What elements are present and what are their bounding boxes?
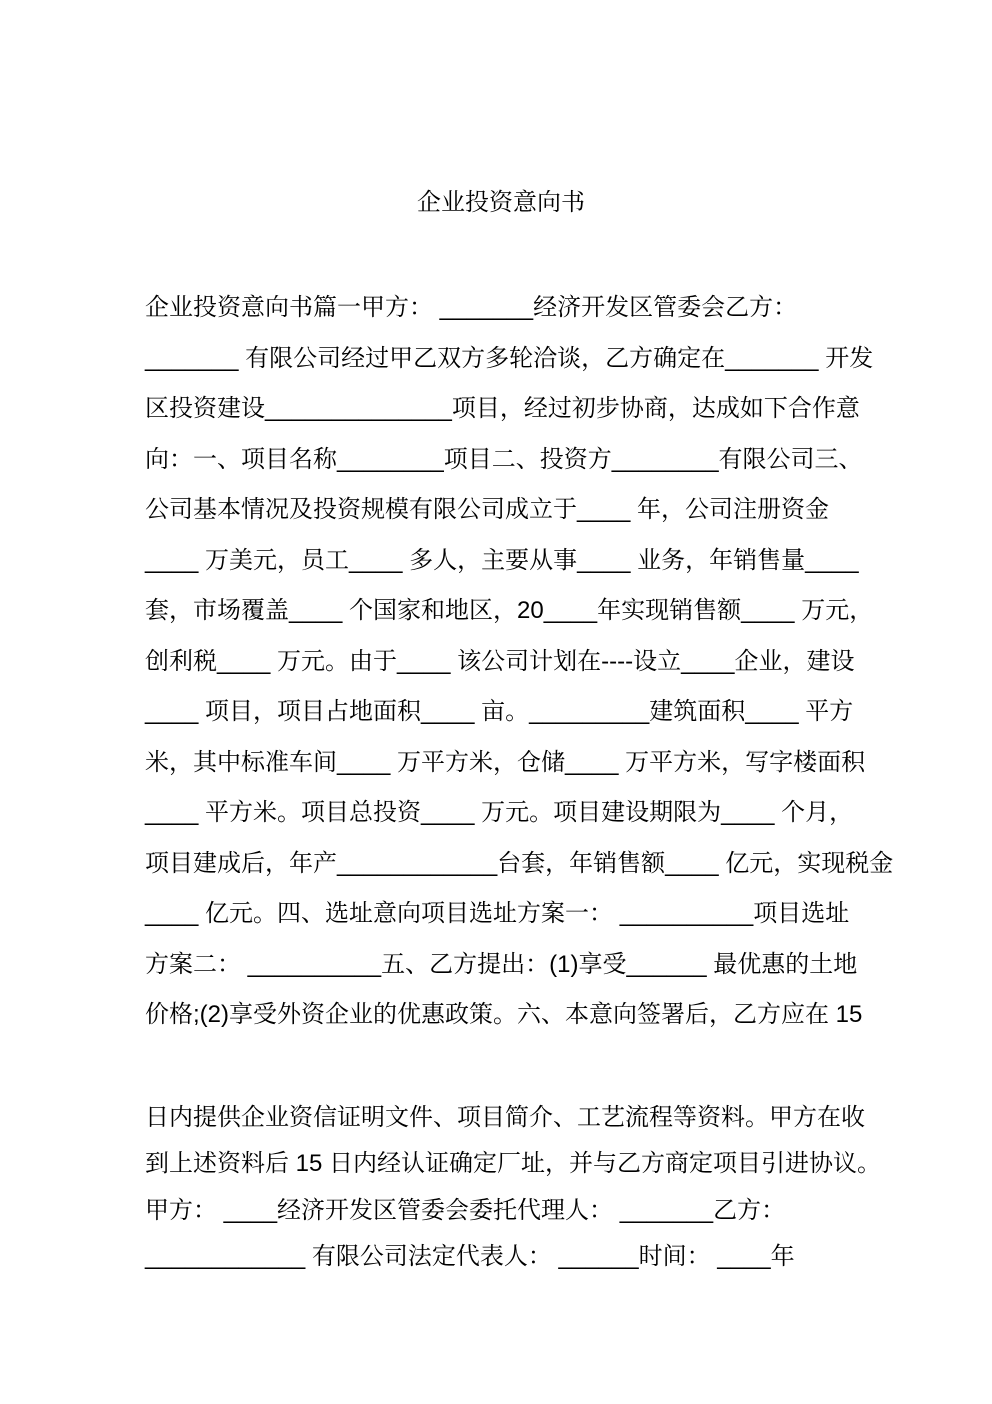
doc-line: 公司基本情况及投资规模有限公司成立于____ 年，公司注册资金 [145,485,935,536]
document-title: 企业投资意向书 [145,178,857,228]
doc-line: 日内提供企业资信证明文件、项目简介、工艺流程等资料。甲方在收 [145,1095,935,1141]
doc-line: 方案二： __________五、乙方提出：(1)享受______ 最优惠的土地 [145,940,935,991]
doc-line: 米，其中标准车间____ 万平方米，仓储____ 万平方米，写字楼面积 [145,738,935,789]
doc-line: 套，市场覆盖____ 个国家和地区，20____年实现销售额____ 万元， [145,586,935,637]
doc-line: 甲方： ____经济开发区管委会委托代理人： _______乙方： [145,1188,935,1234]
paragraph-1: 企业投资意向书篇一甲方： _______经济开发区管委会乙方： _______ … [145,283,935,1041]
doc-line: ____ 万美元，员工____ 多人，主要从事____ 业务，年销售量____ [145,536,935,587]
doc-line: 区投资建设______________项目，经过初步协商，达成如下合作意 [145,384,935,435]
doc-line: ____ 亿元。四、选址意向项目选址方案一： __________项目选址 [145,889,935,940]
doc-line: 企业投资意向书篇一甲方： _______经济开发区管委会乙方： [145,283,935,334]
doc-line: 到上述资料后 15 日内经认证确定厂址，并与乙方商定项目引进协议。 [145,1141,935,1187]
doc-line: ____ 平方米。项目总投资____ 万元。项目建设期限为____ 个月， [145,788,935,839]
doc-line: ____________ 有限公司法定代表人： ______时间： ____年 [145,1234,935,1280]
doc-line: _______ 有限公司经过甲乙双方多轮洽谈，乙方确定在_______ 开发 [145,334,935,385]
doc-line: ____ 项目，项目占地面积____ 亩。_________建筑面积____ 平… [145,687,935,738]
doc-line: 创利税____ 万元。由于____ 该公司计划在----设立____企业，建设 [145,637,935,688]
paragraph-2: 日内提供企业资信证明文件、项目简介、工艺流程等资料。甲方在收 到上述资料后 15… [145,1095,935,1281]
doc-line: 向：一、项目名称________项目二、投资方________有限公司三、 [145,435,935,486]
document-page: 企业投资意向书 企业投资意向书篇一甲方： _______经济开发区管委会乙方： … [0,0,992,1404]
doc-line: 价格;(2)享受外资企业的优惠政策。六、本意向签署后，乙方应在 15 [145,990,935,1041]
doc-line: 项目建成后，年产____________台套，年销售额____ 亿元，实现税金 [145,839,935,890]
